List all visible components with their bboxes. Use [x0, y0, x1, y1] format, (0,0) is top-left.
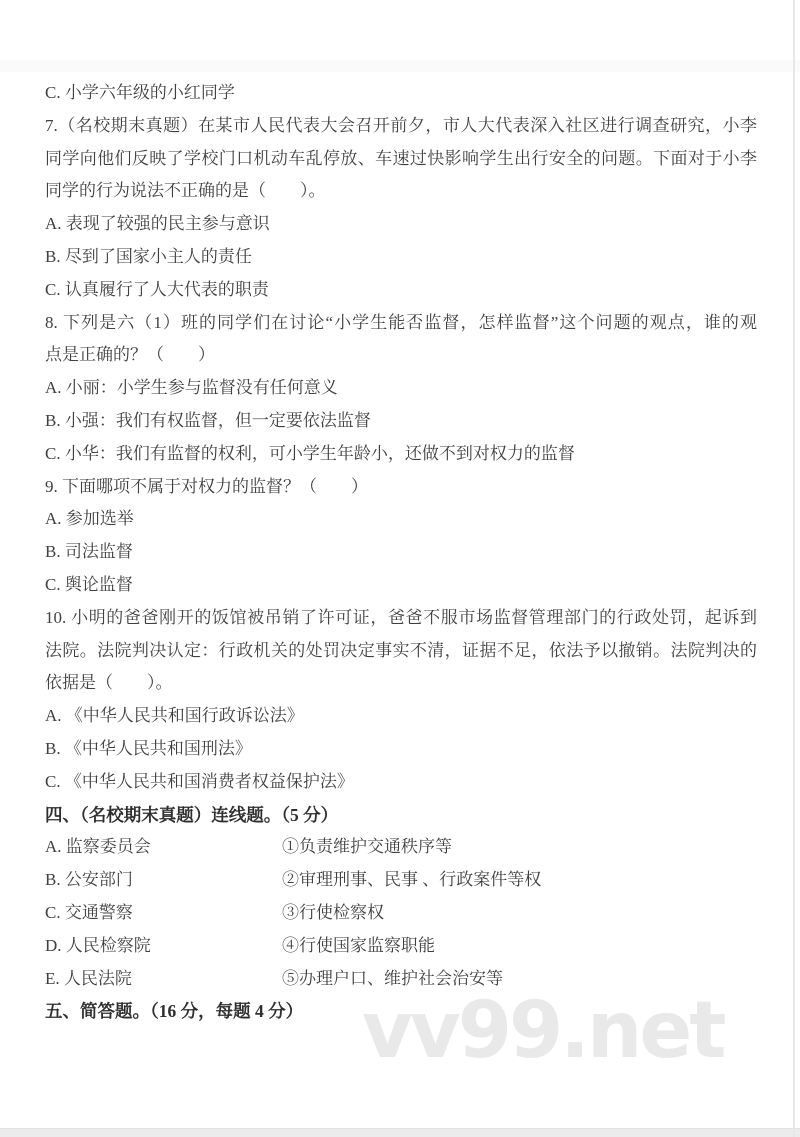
matching-left-e: E. 人民法院: [45, 969, 132, 988]
q9-option-b: B. 司法监督: [45, 536, 757, 569]
q7-option-c: C. 认真履行了人大代表的职责: [45, 274, 757, 307]
q8-stem-line-2: 点是正确的？（ ）: [45, 339, 757, 372]
matching-left-d: D. 人民检察院: [45, 936, 151, 955]
q10-stem-line-2: 法院。法院判决认定：行政机关的处罚决定事实不清，证据不足，依法予以撤销。法院判决…: [45, 635, 757, 668]
q8-stem-line-1: 8. 下列是六（1）班的同学们在讨论“小学生能否监督，怎样监督”这个问题的观点，…: [45, 307, 757, 340]
q8-option-a: A. 小丽：小学生参与监督没有任何意义: [45, 372, 757, 405]
matching-pair-e: E. 人民法院 ⑤办理户口、维护社会治安等: [45, 963, 757, 996]
q10-stem-line-1: 10. 小明的爸爸刚开的饭馆被吊销了许可证，爸爸不服市场监督管理部门的行政处罚，…: [45, 602, 757, 635]
q9-option-a: A. 参加选举: [45, 503, 757, 536]
matching-right-4: ④行使国家监察职能: [282, 930, 435, 963]
exam-page-text: C. 小学六年级的小红同学 7.（名校期末真题）在某市人民代表大会召开前夕，市人…: [45, 77, 757, 1028]
q8-option-b: B. 小强：我们有权监督，但一定要依法监督: [45, 405, 757, 438]
prev-question-option-c: C. 小学六年级的小红同学: [45, 77, 757, 110]
q7-option-a: A. 表现了较强的民主参与意识: [45, 208, 757, 241]
matching-pair-d: D. 人民检察院 ④行使国家监察职能: [45, 930, 757, 963]
matching-right-3: ③行使检察权: [282, 897, 384, 930]
q10-stem-line-3: 依据是（ ）。: [45, 667, 757, 700]
matching-left-a: A. 监察委员会: [45, 837, 151, 856]
matching-pair-c: C. 交通警察 ③行使检察权: [45, 897, 757, 930]
q10-option-a: A. 《中华人民共和国行政诉讼法》: [45, 700, 757, 733]
page-edge-right: [793, 0, 795, 1137]
section4-heading: 四、（名校期末真题）连线题。（5 分）: [45, 799, 757, 832]
page-separator-top: [0, 60, 800, 72]
q9-stem-line-1: 9. 下面哪项不属于对权力的监督？（ ）: [45, 471, 757, 504]
q7-stem-line-2: 同学向他们反映了学校门口机动车乱停放、车速过快影响学生出行安全的问题。下面对于小…: [45, 143, 757, 176]
matching-right-5: ⑤办理户口、维护社会治安等: [282, 963, 503, 996]
q7-option-b: B. 尽到了国家小主人的责任: [45, 241, 757, 274]
section5-heading: 五、简答题。（16 分，每题 4 分）: [45, 995, 757, 1028]
q7-stem-line-1: 7.（名校期末真题）在某市人民代表大会召开前夕，市人大代表深入社区进行调查研究，…: [45, 110, 757, 143]
matching-left-b: B. 公安部门: [45, 870, 133, 889]
page-separator-bottom: [0, 1128, 800, 1137]
q10-option-b: B. 《中华人民共和国刑法》: [45, 733, 757, 766]
q9-option-c: C. 舆论监督: [45, 569, 757, 602]
q10-option-c: C. 《中华人民共和国消费者权益保护法》: [45, 766, 757, 799]
matching-pair-a: A. 监察委员会 ①负责维护交通秩序等: [45, 831, 757, 864]
matching-pair-b: B. 公安部门 ②审理刑事、民事 、行政案件等权: [45, 864, 757, 897]
q7-stem-line-3: 同学的行为说法不正确的是（ ）。: [45, 175, 757, 208]
q8-option-c: C. 小华：我们有监督的权利，可小学生年龄小，还做不到对权力的监督: [45, 438, 757, 471]
document-viewport: vv99.net C. 小学六年级的小红同学 7.（名校期末真题）在某市人民代表…: [0, 0, 800, 1137]
matching-right-1: ①负责维护交通秩序等: [282, 831, 452, 864]
matching-right-2: ②审理刑事、民事 、行政案件等权: [282, 864, 541, 897]
matching-left-c: C. 交通警察: [45, 903, 133, 922]
